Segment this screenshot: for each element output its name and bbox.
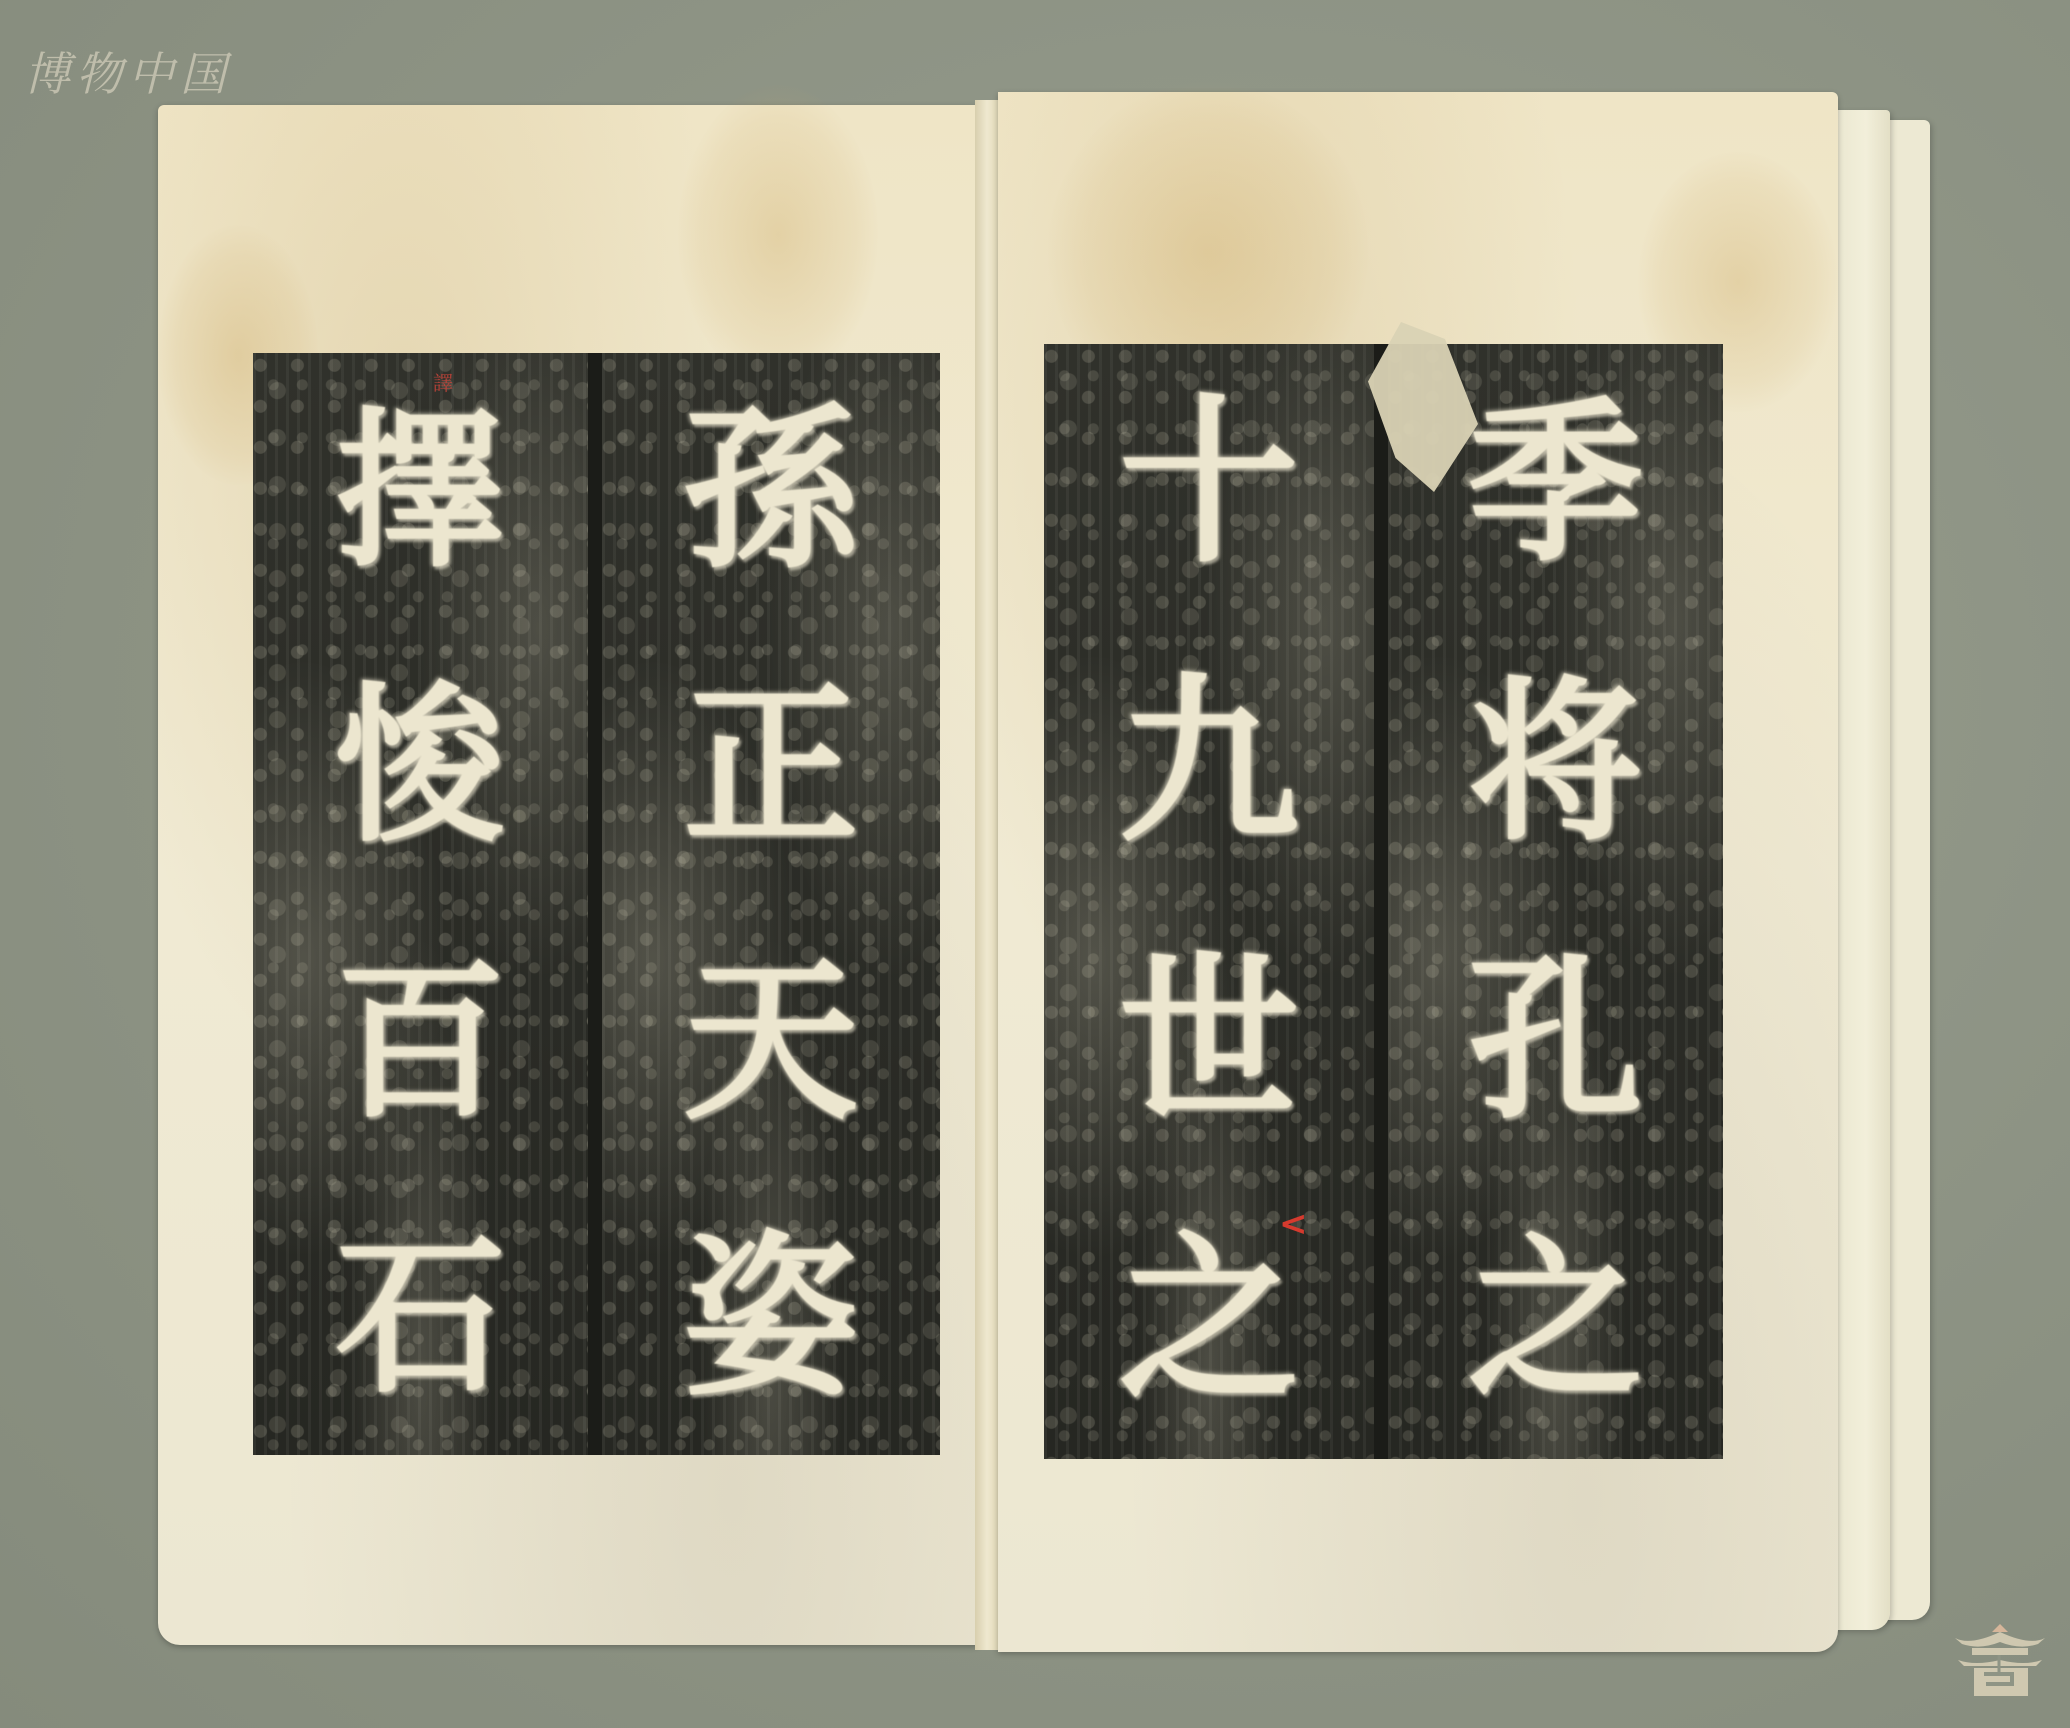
page-stack <box>1830 110 1890 1630</box>
rubbing-panel-left-column: 十 九 世 之 < <box>1044 344 1374 1459</box>
red-seal-mark: 譯 <box>433 367 453 396</box>
character: 九 <box>1119 672 1299 852</box>
column-divider <box>1374 344 1388 1459</box>
museum-pavilion-logo-icon <box>1950 1610 2050 1700</box>
character: 石 <box>335 1232 505 1402</box>
rubbing-panel-left-column: 擇 悛 百 石 譯 <box>253 353 588 1455</box>
character: 天 <box>684 954 859 1129</box>
text-column-left: 十 九 世 之 <box>1044 344 1374 1459</box>
character: 正 <box>684 679 859 854</box>
rubbing-album: 擇 悛 百 石 譯 孫 正 天 姿 十 九 世 之 <box>0 0 2070 1728</box>
character: 姿 <box>684 1230 859 1405</box>
character: 季 <box>1468 396 1643 571</box>
character: 擇 <box>335 406 505 576</box>
character: 百 <box>335 957 505 1127</box>
left-page: 擇 悛 百 石 譯 孫 正 天 姿 <box>158 105 978 1645</box>
rubbing-panel-right-column: 季 将 孔 之 <box>1388 344 1723 1459</box>
character: 孫 <box>684 403 859 578</box>
text-column-right: 季 将 孔 之 <box>1388 344 1723 1459</box>
character: 十 <box>1119 393 1299 573</box>
character: 将 <box>1468 675 1643 850</box>
text-column-right: 孫 正 天 姿 <box>602 353 940 1455</box>
water-stain <box>678 85 878 385</box>
character: 之 <box>1468 1232 1643 1407</box>
character: 孔 <box>1468 953 1643 1128</box>
character: 之 <box>1119 1230 1299 1410</box>
text-column-left: 擇 悛 百 石 <box>253 353 588 1455</box>
character: 世 <box>1119 951 1299 1131</box>
character: 悛 <box>335 681 505 851</box>
column-divider <box>588 353 602 1455</box>
right-page: 十 九 世 之 < 季 将 孔 之 <box>998 92 1838 1652</box>
red-correction-mark: < <box>1279 1204 1308 1244</box>
rubbing-panel-right-column: 孫 正 天 姿 <box>602 353 940 1455</box>
